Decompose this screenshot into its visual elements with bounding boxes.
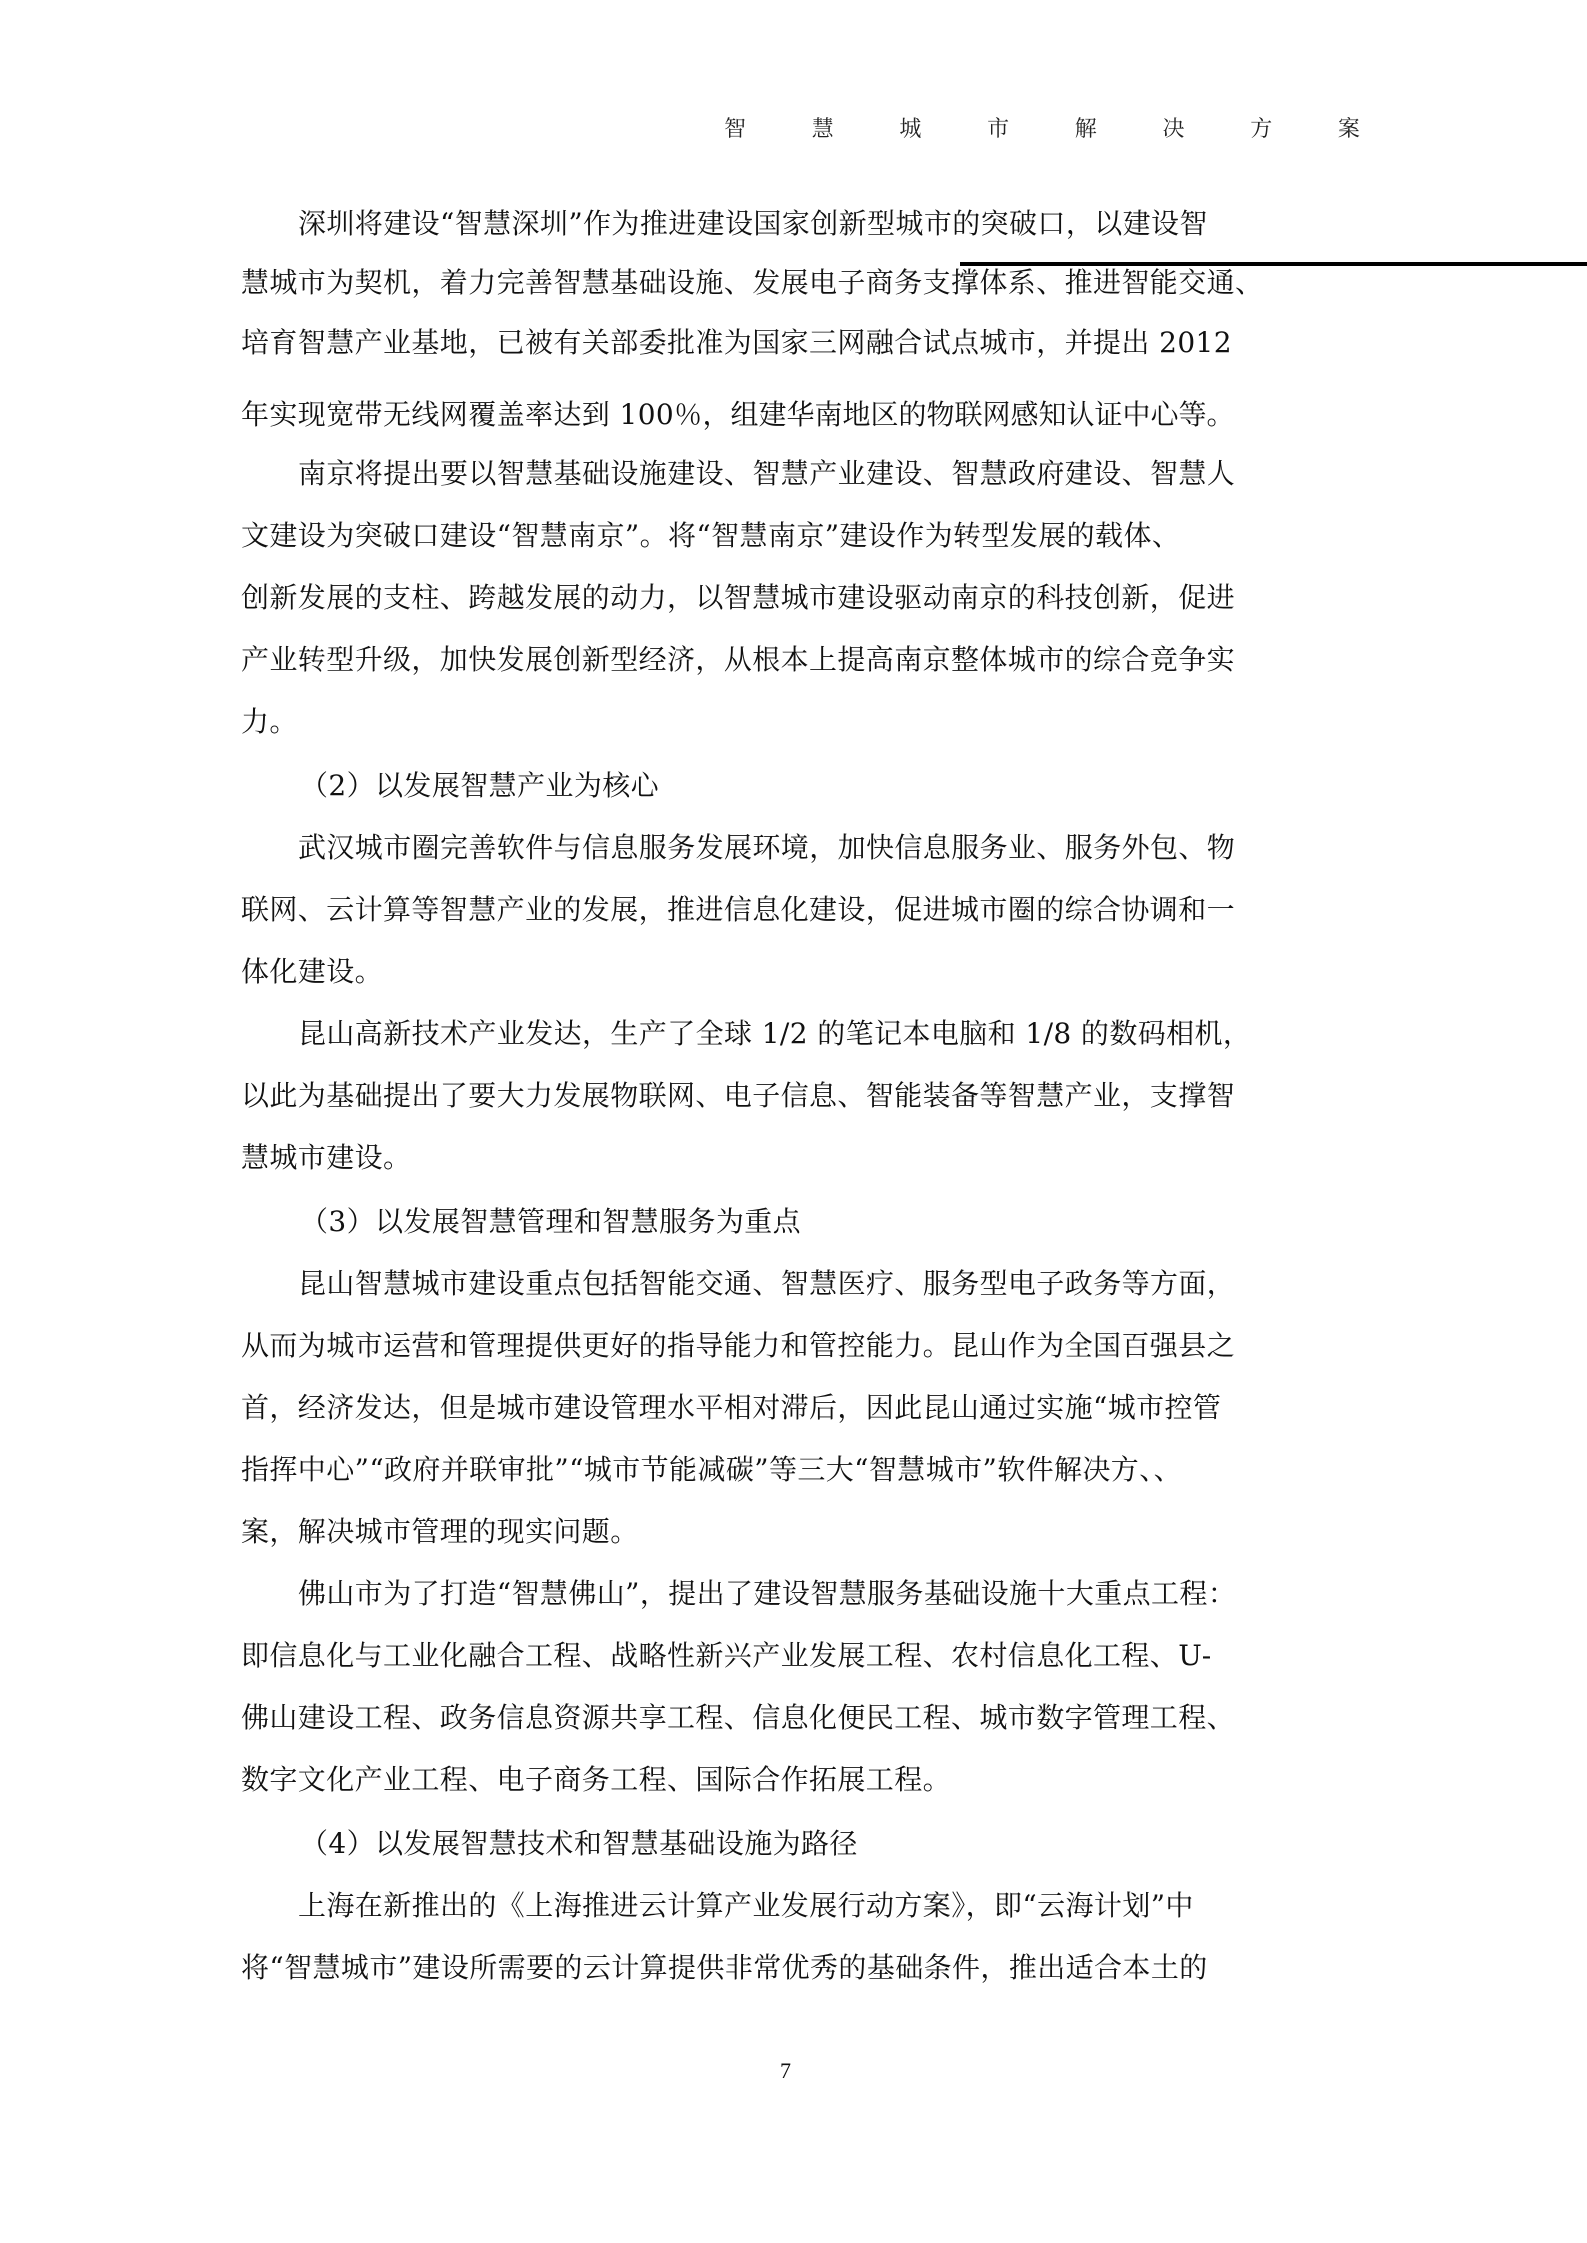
- header-title-char: 智: [722, 112, 748, 148]
- paragraph-nanjing-line-1: 南京将提出要以智慧基础设施建设、智慧产业建设、智慧政府建设、智慧人: [298, 456, 1235, 492]
- paragraph-shenzhen-line-1: 深圳将建设“智慧深圳”作为推进建设国家创新型城市的突破口，以建设智: [298, 206, 1208, 242]
- paragraph-kunshan2-line-1: 昆山智慧城市建设重点包括智能交通、智慧医疗、服务型电子政务等方面，: [298, 1266, 1235, 1302]
- paragraph-nanjing-line-2: 文建设为突破口建设“智慧南京”。将“智慧南京”建设作为转型发展的载体、: [241, 518, 1180, 554]
- paragraph-wuhan-line-3: 体化建设。: [241, 954, 383, 990]
- paragraph-nanjing-line-4: 产业转型升级，加快发展创新型经济，从根本上提高南京整体城市的综合竞争实: [241, 642, 1235, 678]
- paragraph-shenzhen-line-2: 慧城市为契机，着力完善智慧基础设施、发展电子商务支撑体系、推进智能交通、: [241, 265, 1263, 301]
- paragraph-kunshan-line-1: 昆山高新技术产业发达，生产了全球 1/2 的笔记本电脑和 1/8 的数码相机，: [298, 1016, 1251, 1052]
- section-heading-3: （3）以发展智慧管理和智慧服务为重点: [300, 1204, 801, 1240]
- line-text-sans: ，组建华南地区的物联网感知认证中心等。: [703, 398, 1235, 431]
- paragraph-kunshan2-line-3: 首，经济发达，但是城市建设管理水平相对滞后，因此昆山通过实施“城市控管: [241, 1390, 1221, 1426]
- paragraph-foshan-line-2: 即信息化与工业化融合工程、战略性新兴产业发展工程、农村信息化工程、U-: [241, 1638, 1212, 1674]
- header-title-char: 解: [1073, 112, 1099, 148]
- paragraph-kunshan2-line-5: 案，解决城市管理的现实问题。: [241, 1514, 639, 1550]
- paragraph-kunshan-line-2: 以此为基础提出了要大力发展物联网、电子信息、智能装备等智慧产业，支撑智: [241, 1078, 1235, 1114]
- paragraph-shenzhen-line-4: 年实现宽带无线网覆盖率达到 100％，组建华南地区的物联网感知认证中心等。: [241, 397, 1235, 433]
- paragraph-nanjing-line-3: 创新发展的支柱、跨越发展的动力，以智慧城市建设驱动南京的科技创新，促进: [241, 580, 1235, 616]
- page-header: 智 慧 城 市 解 决 方 案: [722, 112, 1362, 148]
- paragraph-foshan-line-4: 数字文化产业工程、电子商务工程、国际合作拓展工程。: [241, 1762, 951, 1798]
- paragraph-kunshan-line-3: 慧城市建设。: [241, 1140, 411, 1176]
- section-heading-4: （4）以发展智慧技术和智慧基础设施为路径: [300, 1826, 858, 1862]
- header-title-char: 方: [1248, 112, 1274, 148]
- paragraph-shanghai-line-1: 上海在新推出的《上海推进云计算产业发展行动方案》，即“云海计划”中: [298, 1888, 1194, 1924]
- line-text: 年实现宽带无线网覆盖率达到 100％: [241, 398, 703, 431]
- section-heading-2: （2）以发展智慧产业为核心: [300, 768, 659, 804]
- paragraph-kunshan2-line-2: 从而为城市运营和管理提供更好的指导能力和管控能力。昆山作为全国百强县之: [241, 1328, 1235, 1364]
- header-title-char: 案: [1336, 112, 1362, 148]
- paragraph-foshan-line-1: 佛山市为了打造“智慧佛山”，提出了建设智慧服务基础设施十大重点工程：: [298, 1576, 1236, 1612]
- header-title-char: 城: [897, 112, 923, 148]
- paragraph-wuhan-line-2: 联网、云计算等智慧产业的发展，推进信息化建设，促进城市圈的综合协调和一: [241, 892, 1235, 928]
- header-title-char: 决: [1161, 112, 1187, 148]
- paragraph-shanghai-line-2: 将“智慧城市”建设所需要的云计算提供非常优秀的基础条件，推出适合本土的: [241, 1950, 1208, 1986]
- paragraph-foshan-line-3: 佛山建设工程、政务信息资源共享工程、信息化便民工程、城市数字管理工程、: [241, 1700, 1235, 1736]
- header-title-char: 慧: [810, 112, 836, 148]
- paragraph-shenzhen-line-3: 培育智慧产业基地，已被有关部委批准为国家三网融合试点城市，并提出 2012: [241, 325, 1232, 361]
- paragraph-nanjing-line-5: 力。: [241, 704, 298, 740]
- header-title-char: 市: [985, 112, 1011, 148]
- page-number: 7: [780, 2058, 791, 2084]
- paragraph-kunshan2-line-4: 指挥中心”“政府并联审批”“城市节能减碳”等三大“智慧城市”软件解决方、、: [241, 1452, 1182, 1488]
- paragraph-wuhan-line-1: 武汉城市圈完善软件与信息服务发展环境，加快信息服务业、服务外包、物: [298, 830, 1235, 866]
